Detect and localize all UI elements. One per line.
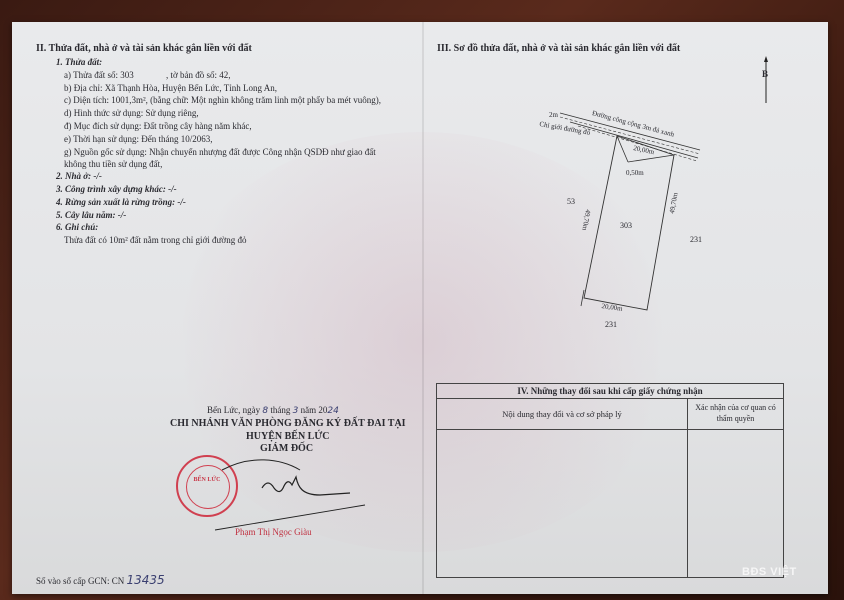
date-year: 24 — [327, 406, 338, 416]
address-line: b) Địa chỉ: Xã Thạnh Hòa, Huyện Bến Lức,… — [64, 84, 277, 93]
setback-length: 0,50m — [626, 170, 644, 177]
house-item: 2. Nhà ở: -/- — [56, 172, 102, 181]
section-iii-title: III. Sơ đồ thửa đất, nhà ở và tài sản kh… — [437, 44, 680, 54]
road-offset-label: 2m — [549, 112, 558, 119]
neighbor-west: 53 — [567, 198, 575, 206]
stamp-text: BẾN LỨC — [178, 477, 236, 483]
registry-number: 13435 — [127, 573, 165, 587]
note-title: 6. Ghi chú: — [56, 223, 98, 232]
neighbor-east: 231 — [690, 236, 702, 244]
parcel-number: a) Thửa đất số: 303 — [64, 71, 134, 80]
parcel-subtitle: 1. Thửa đất: — [56, 58, 102, 67]
signing-date: Bến Lức, ngày 8 tháng 3 năm 2024 — [207, 406, 339, 416]
usage-origin-line: g) Nguồn gốc sử dụng: Nhận chuyển nhượng… — [64, 148, 376, 157]
official-stamp: BẾN LỨC — [176, 455, 238, 517]
watermark-logo: BĐS VIỆT — [742, 566, 797, 578]
column-change-content: Nội dung thay đổi và cơ sở pháp lý — [437, 399, 688, 429]
north-label: B — [762, 70, 768, 79]
section-ii-title: II. Thửa đất, nhà ở và tài sản khác gắn … — [36, 44, 252, 54]
stamp-inner-ring — [186, 465, 230, 509]
date-prefix: Bến Lức, ngày — [207, 405, 260, 415]
date-month: 3 — [293, 406, 299, 416]
neighbor-south: 231 — [605, 321, 617, 329]
changes-table-title: IV. Những thay đổi sau khi cấp giấy chứn… — [437, 384, 783, 399]
registry-label: Số vào sổ cấp GCN: CN — [36, 576, 124, 586]
column-divider — [687, 428, 688, 578]
perennial-trees-item: 5. Cây lâu năm: -/- — [56, 211, 126, 220]
usage-term-line: e) Thời hạn sử dụng: Đến tháng 10/2063, — [64, 135, 212, 144]
changes-table: IV. Những thay đổi sau khi cấp giấy chứn… — [436, 383, 784, 578]
director-title: GIÁM ĐỐC — [260, 444, 313, 454]
agency-line-2: HUYỆN BẾN LỨC — [246, 432, 330, 442]
other-construction-item: 3. Công trình xây dựng khác: -/- — [56, 185, 177, 194]
map-sheet-number: , tờ bản đồ số: 42, — [166, 71, 231, 80]
usage-origin-line-2: không thu tiền sử dụng đất, — [64, 160, 162, 169]
usage-form-line: d) Hình thức sử dụng: Sử dụng riêng, — [64, 109, 199, 118]
changes-table-header: Nội dung thay đổi và cơ sở pháp lý Xác n… — [437, 399, 783, 430]
parcel-number-label: 303 — [620, 222, 632, 230]
month-label: tháng — [270, 405, 290, 415]
note-text: Thửa đất có 10m² đất nằm trong chỉ giới … — [64, 236, 246, 245]
date-day: 8 — [262, 406, 268, 416]
registry-entry: Số vào sổ cấp GCN: CN 13435 — [36, 574, 165, 586]
signer-name: Phạm Thị Ngọc Giàu — [235, 528, 312, 537]
page-fold — [422, 22, 424, 594]
forest-item: 4. Rừng sản xuất là rừng trồng: -/- — [56, 198, 186, 207]
column-authority-confirmation: Xác nhận của cơ quan có thẩm quyền — [688, 399, 783, 429]
area-line: c) Diện tích: 1001,3m², (bằng chữ: Một n… — [64, 96, 381, 105]
year-label: năm 20 — [301, 405, 328, 415]
usage-purpose-line: đ) Mục đích sử dụng: Đất trồng cây hàng … — [64, 122, 252, 131]
agency-line-1: CHI NHÁNH VĂN PHÒNG ĐĂNG KÝ ĐẤT ĐAI TẠI — [170, 419, 406, 429]
